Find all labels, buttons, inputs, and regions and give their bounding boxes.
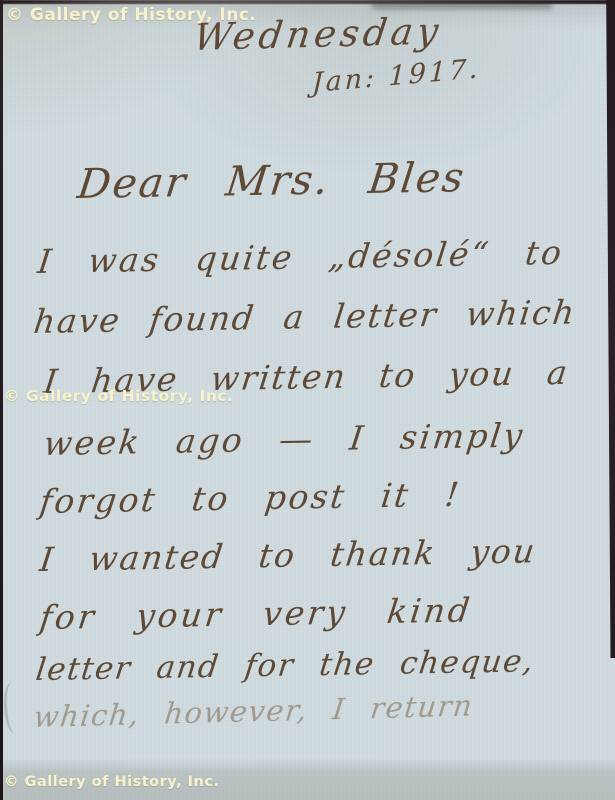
scan-edge-left (0, 0, 3, 800)
letter-body-line-1: I was quite „désolé“ to (36, 233, 566, 281)
letter-body-line-8: letter and for the cheque, (34, 643, 537, 688)
letter-salutation: Dear Mrs. Bles (75, 153, 468, 208)
scan-edge-right (605, 0, 615, 658)
handwritten-letter-scan: © Gallery of History, Inc. © Gallery of … (0, 0, 615, 800)
letter-body-line-6: I wanted to thank you (38, 531, 539, 579)
watermark-top: © Gallery of History, Inc. (6, 5, 256, 25)
letter-body-line-2: have found a letter which (32, 292, 579, 341)
faint-stroke-mark (2, 681, 25, 734)
scan-edge-top (0, 0, 615, 4)
letter-body-line-5: forgot to post it ! (38, 475, 464, 521)
letter-body-line-7: for your very kind (38, 590, 475, 637)
letter-body-line-4: week ago — I simply (42, 416, 527, 463)
letter-body-line-9-faint: which, however, I return (32, 688, 475, 734)
watermark-middle: © Gallery of History, Inc. (4, 387, 233, 405)
watermark-bottom: © Gallery of History, Inc. (4, 774, 219, 790)
letter-date-month-year: Jan: 1917. (311, 53, 481, 99)
